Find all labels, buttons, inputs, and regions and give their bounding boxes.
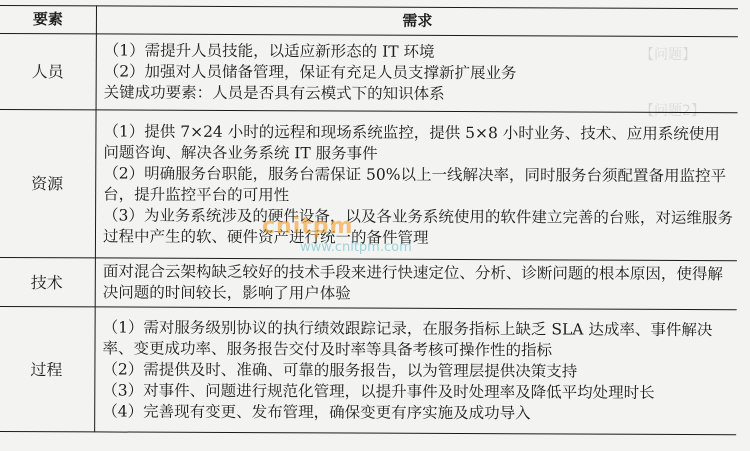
requirement-item: （3）对事件、问题进行规范化管理，以提升事件及时处理率及降低平均处理时长 xyxy=(102,380,736,404)
element-cell: 人员 xyxy=(0,33,96,109)
requirement-cell: （1）提供 7×24 小时的远程和现场系统监控，提供 5×8 小时业务、技术、应… xyxy=(95,110,737,261)
requirement-item: 面对混合云架构缺乏较好的技术手段来进行快速定位、分析、诊断问题的根本原因，使得解… xyxy=(103,261,737,306)
table-header-row: 要素 需求 xyxy=(0,5,738,36)
requirement-cell: （1）需提升人员技能，以适应新形态的 IT 环境 （2）加强对人员储备管理，保证… xyxy=(96,34,738,113)
table-row: 过程 （1）需对服务级别协议的执行绩效跟踪记录，在服务指标上缺乏 SLA 达成率… xyxy=(0,306,737,434)
table-row: 技术 面对混合云架构缺乏较好的技术手段来进行快速定位、分析、诊断问题的根本原因，… xyxy=(0,257,737,309)
requirement-item: （2）加强对人员储备管理，保证有充足人员支撑新扩展业务 xyxy=(104,61,738,85)
table-row: 人员 （1）需提升人员技能，以适应新形态的 IT 环境 （2）加强对人员储备管理… xyxy=(0,33,738,112)
requirement-item: 关键成功要素：人员是否具有云模式下的知识体系 xyxy=(104,82,738,106)
header-element: 要素 xyxy=(0,5,96,33)
watermark-url: www.cnitpm.com xyxy=(300,240,412,255)
requirements-table: 要素 需求 人员 （1）需提升人员技能，以适应新形态的 IT 环境 （2）加强对… xyxy=(0,5,738,435)
header-requirement: 需求 xyxy=(96,6,738,37)
element-cell: 技术 xyxy=(0,257,95,306)
watermark-logo: cnitpm xyxy=(262,214,353,239)
requirement-item: （2）需提供及时、准确、可靠的服务报告，以为管理层提供决策支持 xyxy=(102,359,736,383)
requirement-item: （3）为业务系统涉及的硬件设备，以及各业务系统使用的软件建立完善的台账，对运维服… xyxy=(103,205,737,250)
element-cell: 资源 xyxy=(0,109,96,257)
requirement-item: （1）提供 7×24 小时的远程和现场系统监控，提供 5×8 小时业务、技术、应… xyxy=(103,121,737,166)
requirement-item: （1）需对服务级别协议的执行绩效跟踪记录，在服务指标上缺乏 SLA 达成率、事件… xyxy=(102,317,736,362)
requirement-cell: 面对混合云架构缺乏较好的技术手段来进行快速定位、分析、诊断问题的根本原因，使得解… xyxy=(95,258,737,310)
table-row: 资源 （1）提供 7×24 小时的远程和现场系统监控，提供 5×8 小时业务、技… xyxy=(0,109,738,260)
requirement-item: （1）需提升人员技能，以适应新形态的 IT 环境 xyxy=(104,40,738,64)
requirement-item: （2）明确服务台职能，服务台需保证 50%以上一线解决率，同时服务台须配置备用监… xyxy=(103,163,737,208)
requirement-item: （4）完善现有变更、发布管理，确保变更有序实施及成功导入 xyxy=(102,401,736,425)
requirement-cell: （1）需对服务级别协议的执行绩效跟踪记录，在服务指标上缺乏 SLA 达成率、事件… xyxy=(95,307,737,435)
element-cell: 过程 xyxy=(0,306,95,431)
